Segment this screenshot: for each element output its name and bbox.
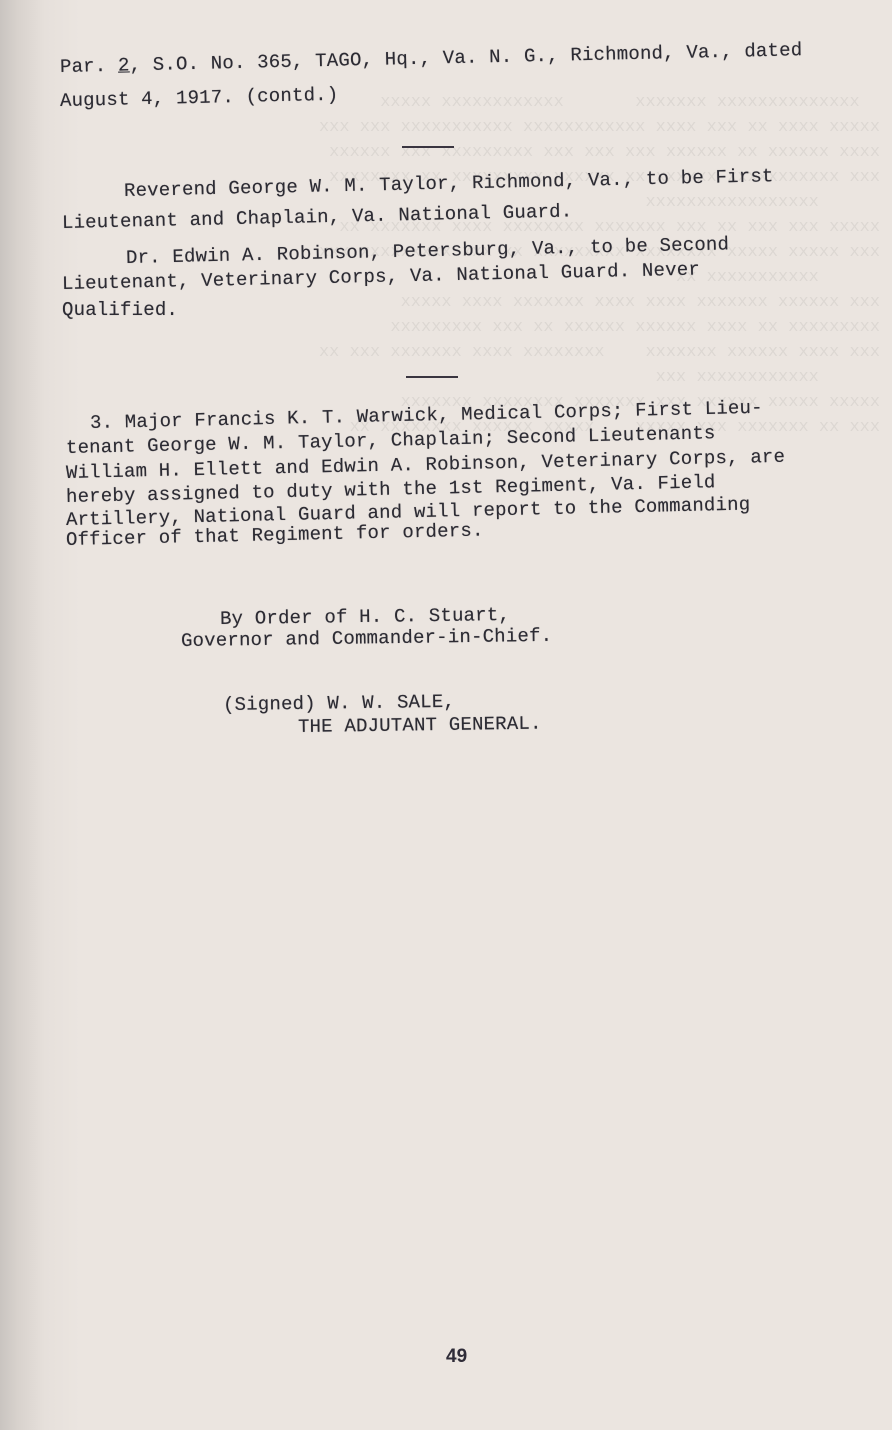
section-divider [402, 146, 454, 148]
page-number: 49 [446, 1346, 467, 1368]
signed-line-1: (Signed) W. W. SALE, [223, 691, 455, 716]
signed-line-2: THE ADJUTANT GENERAL. [298, 713, 542, 738]
section-divider-2 [406, 376, 458, 378]
header-prefix: Par. [60, 55, 118, 78]
paragraph-number: 2 [118, 54, 130, 76]
appointment-2-line-3: Qualified. [62, 299, 178, 321]
